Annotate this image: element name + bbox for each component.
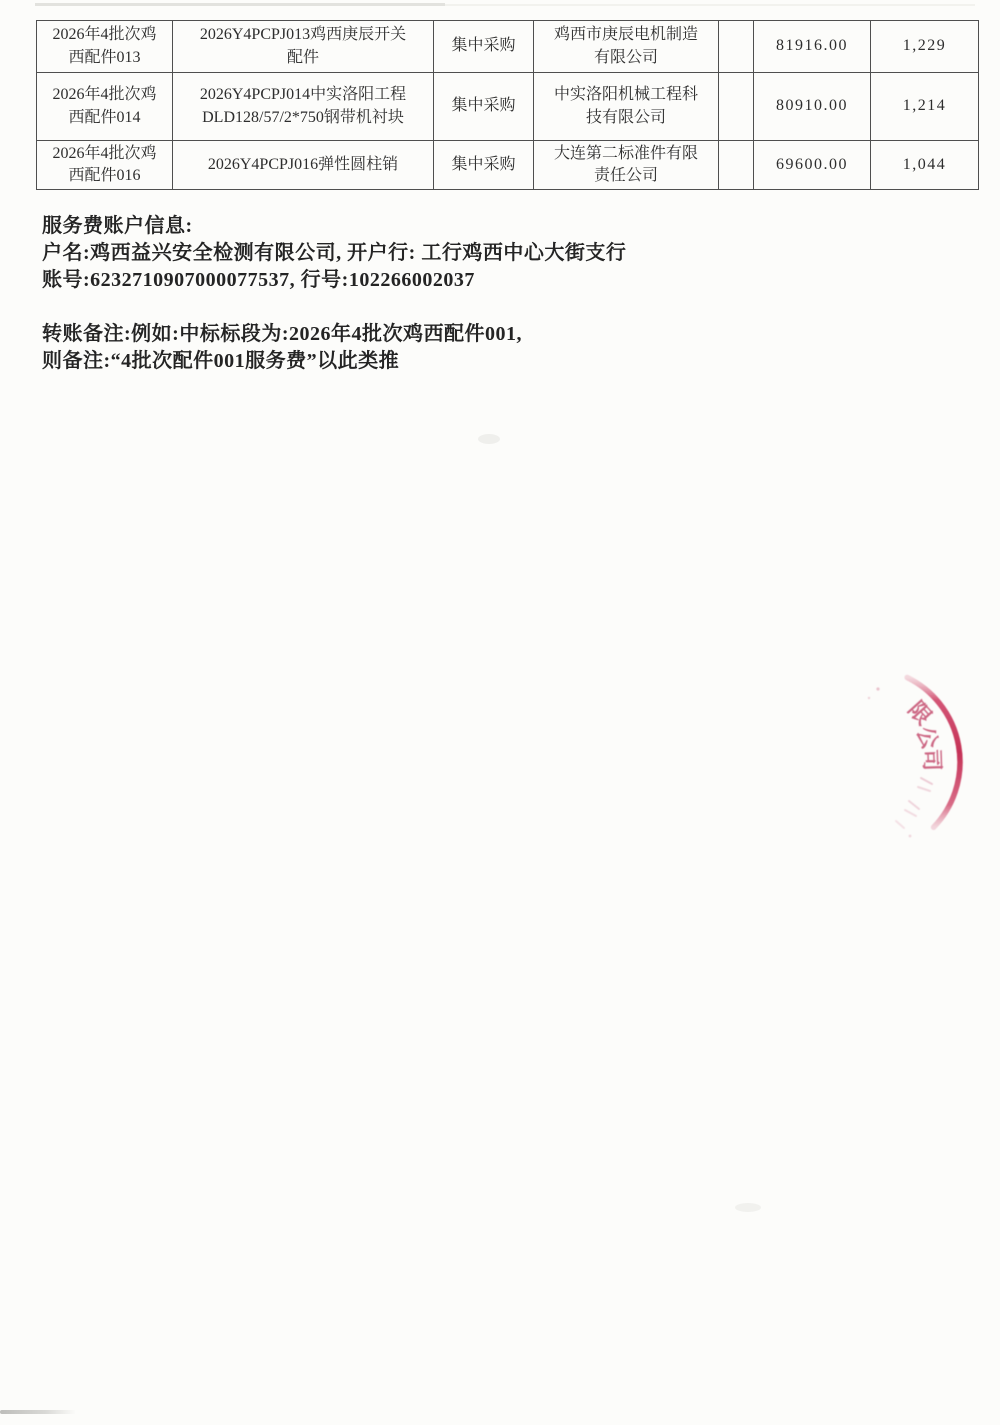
cell-amount: 80910.00 [754,73,871,141]
table-row: 2026年4批次鸡 西配件016 2026Y4PCPJ016弹性圆柱销 集中采购… [37,141,979,190]
cell-blank [719,21,754,73]
stamp-ink-specks [868,687,912,837]
scan-artifact-smudge [735,1203,761,1212]
cell-method: 集中采购 [434,141,534,190]
cell-method: 集中采购 [434,73,534,141]
cell-section: 2026年4批次鸡 西配件016 [37,141,173,190]
body-text: 服务费账户信息: 户名:鸡西益兴安全检测有限公司, 开户行: 工行鸡西中心大街支… [42,213,626,375]
cell-amount: 69600.00 [754,141,871,190]
scan-artifact-smudge [478,434,500,444]
stamp-faded-marks [896,778,932,828]
transfer-note-line2: 则备注:“4批次配件001服务费”以此类推 [42,348,626,375]
cell-amount: 81916.00 [754,21,871,73]
cell-supplier: 鸡西市庚辰电机制造 有限公司 [534,21,719,73]
cell-supplier: 大连第二标准件有限 责任公司 [534,141,719,190]
cell-service-fee: 1,229 [871,21,979,73]
cell-blank [719,73,754,141]
cell-project: 2026Y4PCPJ013鸡西庚辰开关 配件 [173,21,434,73]
scanned-document-page: 2026年4批次鸡 西配件013 2026Y4PCPJ013鸡西庚辰开关 配件 … [0,0,1000,1425]
blank-line [42,294,626,321]
transfer-note-line1: 转账备注:例如:中标标段为:2026年4批次鸡西配件001, [42,321,626,348]
account-holder-line: 户名:鸡西益兴安全检测有限公司, 开户行: 工行鸡西中心大街支行 [42,240,626,267]
cell-supplier: 中实洛阳机械工程科 技有限公司 [534,73,719,141]
bid-results-table: 2026年4批次鸡 西配件013 2026Y4PCPJ013鸡西庚辰开关 配件 … [36,20,979,190]
cell-service-fee: 1,214 [871,73,979,141]
cell-service-fee: 1,044 [871,141,979,190]
cell-section: 2026年4批次鸡 西配件013 [37,21,173,73]
scan-artifact-top-remnant-faint [445,4,975,6]
table-row: 2026年4批次鸡 西配件014 2026Y4PCPJ014中实洛阳工程 DLD… [37,73,979,141]
scan-artifact-top-remnant [35,3,445,6]
cell-project: 2026Y4PCPJ014中实洛阳工程 DLD128/57/2*750钢带机衬块 [173,73,434,141]
account-info-title: 服务费账户信息: [42,213,626,240]
company-seal-stamp: 限 公 司 [760,640,1000,890]
cell-method: 集中采购 [434,21,534,73]
account-number-line: 账号:6232710907000077537, 行号:102266002037 [42,267,626,294]
table-row: 2026年4批次鸡 西配件013 2026Y4PCPJ013鸡西庚辰开关 配件 … [37,21,979,73]
cell-blank [719,141,754,190]
stamp-char: 司 [919,749,945,772]
scan-artifact-bottom-dash [0,1410,76,1414]
cell-section: 2026年4批次鸡 西配件014 [37,73,173,141]
cell-project: 2026Y4PCPJ016弹性圆柱销 [173,141,434,190]
